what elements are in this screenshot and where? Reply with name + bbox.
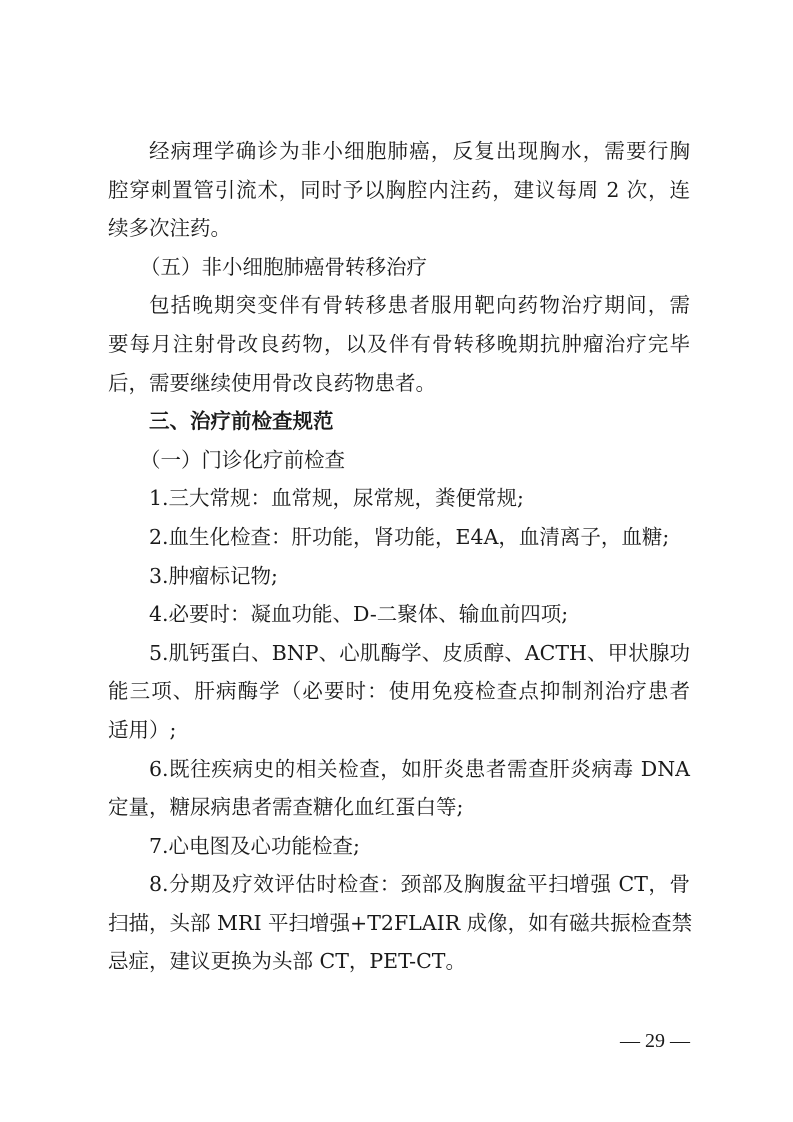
list-item-5: 5.肌钙蛋白、BNP、心肌酶学、皮质醇、ACTH、甲状腺功 能三项、肝病酶学（必… <box>108 634 690 750</box>
text-line: 经病理学确诊为非小细胞肺癌，反复出现胸水，需要行胸 <box>108 132 690 171</box>
section-heading-pretreatment-exam: 三、治疗前检查规范 <box>108 402 690 441</box>
list-item-6: 6.既往疾病史的相关检查，如肝炎患者需查肝炎病毒 DNA 定量，糖尿病患者需查糖… <box>108 750 690 827</box>
list-item-1: 1.三大常规：血常规，尿常规，粪便常规; <box>108 479 690 518</box>
list-item-2: 2.血生化检查：肝功能，肾功能，E4A，血清离子，血糖; <box>108 518 690 557</box>
text-line: 定量，糖尿病患者需查糖化血红蛋白等; <box>108 788 690 827</box>
list-item-3: 3.肿瘤标记物; <box>108 557 690 596</box>
document-page: 经病理学确诊为非小细胞肺癌，反复出现胸水，需要行胸 腔穿刺置管引流术，同时予以胸… <box>108 132 690 981</box>
text-line: 要每月注射骨改良药物，以及伴有骨转移晚期抗肿瘤治疗完毕 <box>108 325 690 364</box>
page-number: — 29 — <box>620 1030 690 1053</box>
paragraph-bone-metastasis: 包括晚期突变伴有骨转移患者服用靶向药物治疗期间，需 要每月注射骨改良药物，以及伴… <box>108 286 690 402</box>
text-line: 6.既往疾病史的相关检查，如肝炎患者需查肝炎病毒 DNA <box>108 750 690 789</box>
text-line: 5.肌钙蛋白、BNP、心肌酶学、皮质醇、ACTH、甲状腺功 <box>108 634 690 673</box>
list-item-8: 8.分期及疗效评估时检查：颈部及胸腹盆平扫增强 CT，骨 扫描，头部 MRI 平… <box>108 865 690 981</box>
text-line: 能三项、肝病酶学（必要时：使用免疫检查点抑制剂治疗患者 <box>108 672 690 711</box>
list-item-4: 4.必要时：凝血功能、D-二聚体、输血前四项; <box>108 595 690 634</box>
text-line: 续多次注药。 <box>108 209 690 248</box>
list-item-7: 7.心电图及心功能检查; <box>108 827 690 866</box>
text-line: 扫描，头部 MRI 平扫增强+T2FLAIR 成像，如有磁共振检查禁 <box>108 904 690 943</box>
text-line: 适用）; <box>108 711 690 750</box>
subheading-bone-metastasis: （五）非小细胞肺癌骨转移治疗 <box>108 248 690 287</box>
text-line: 忌症，建议更换为头部 CT，PET-CT。 <box>108 942 690 981</box>
text-line: 包括晚期突变伴有骨转移患者服用靶向药物治疗期间，需 <box>108 286 690 325</box>
text-line: 后，需要继续使用骨改良药物患者。 <box>108 364 690 403</box>
text-line: 8.分期及疗效评估时检查：颈部及胸腹盆平扫增强 CT，骨 <box>108 865 690 904</box>
subheading-outpatient-exam: （一）门诊化疗前检查 <box>108 441 690 480</box>
paragraph-pleural-effusion: 经病理学确诊为非小细胞肺癌，反复出现胸水，需要行胸 腔穿刺置管引流术，同时予以胸… <box>108 132 690 248</box>
text-line: 腔穿刺置管引流术，同时予以胸腔内注药，建议每周 2 次，连 <box>108 171 690 210</box>
